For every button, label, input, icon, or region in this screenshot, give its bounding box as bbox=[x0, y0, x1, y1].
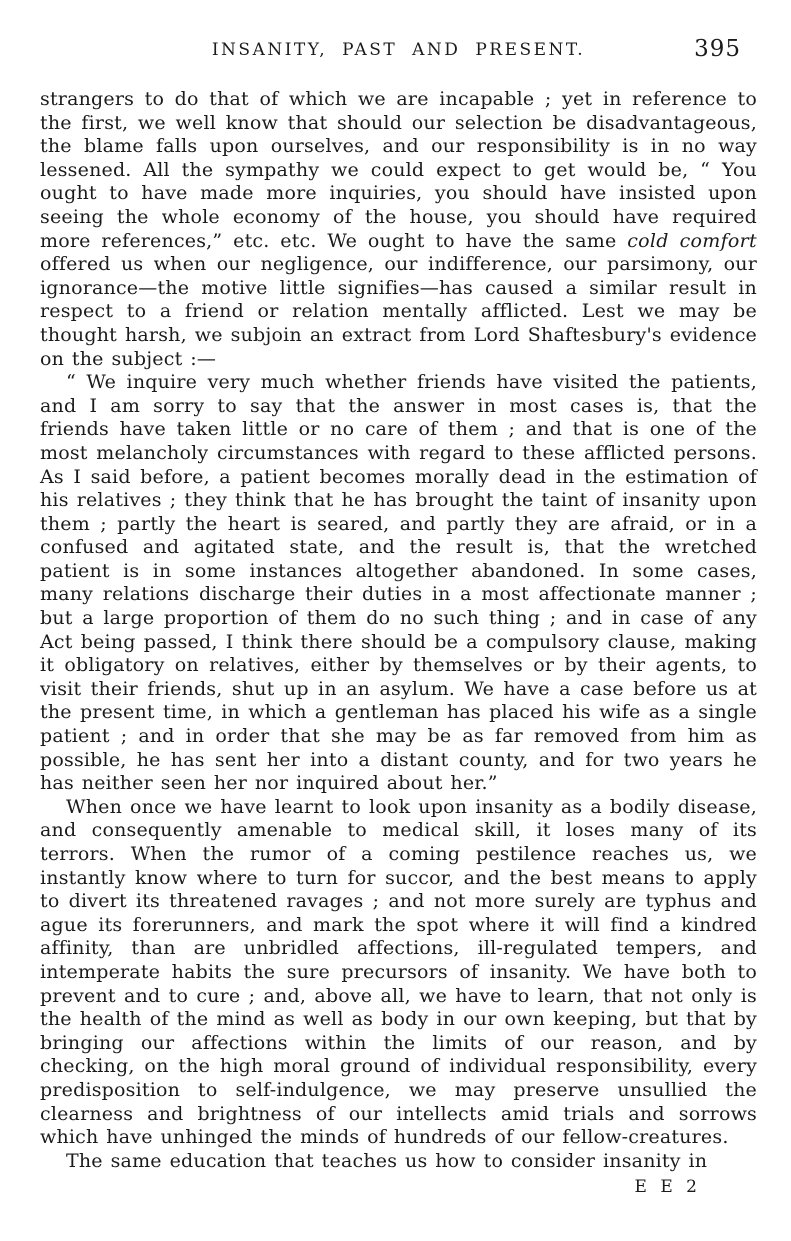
paragraph-text: offered us when our negligence, our indi… bbox=[40, 253, 757, 369]
paragraph-text: When once we have learnt to look upon in… bbox=[40, 796, 757, 1148]
paragraph-quote: “ We inquire very much whether friends h… bbox=[40, 371, 757, 796]
book-page: INSANITY, PAST AND PRESENT. 395 stranger… bbox=[0, 0, 791, 1241]
paragraph-last-line: The same education that teaches us how t… bbox=[40, 1150, 757, 1174]
paragraph-text: “ We inquire very much whether friends h… bbox=[40, 371, 757, 794]
paragraph: When once we have learnt to look upon in… bbox=[40, 796, 757, 1150]
italic-phrase: cold comfort bbox=[627, 230, 757, 252]
running-title: INSANITY, PAST AND PRESENT. bbox=[40, 36, 757, 60]
page-body: strangers to do that of which we are inc… bbox=[40, 88, 757, 1173]
page-number: 395 bbox=[694, 36, 741, 62]
page-header: INSANITY, PAST AND PRESENT. 395 bbox=[40, 36, 757, 66]
paragraph-continuation: strangers to do that of which we are inc… bbox=[40, 88, 757, 371]
paragraph-text: strangers to do that of which we are inc… bbox=[40, 88, 757, 252]
printer-signature: E E 2 bbox=[40, 1177, 757, 1197]
paragraph-text: The same education that teaches us how t… bbox=[66, 1150, 707, 1172]
